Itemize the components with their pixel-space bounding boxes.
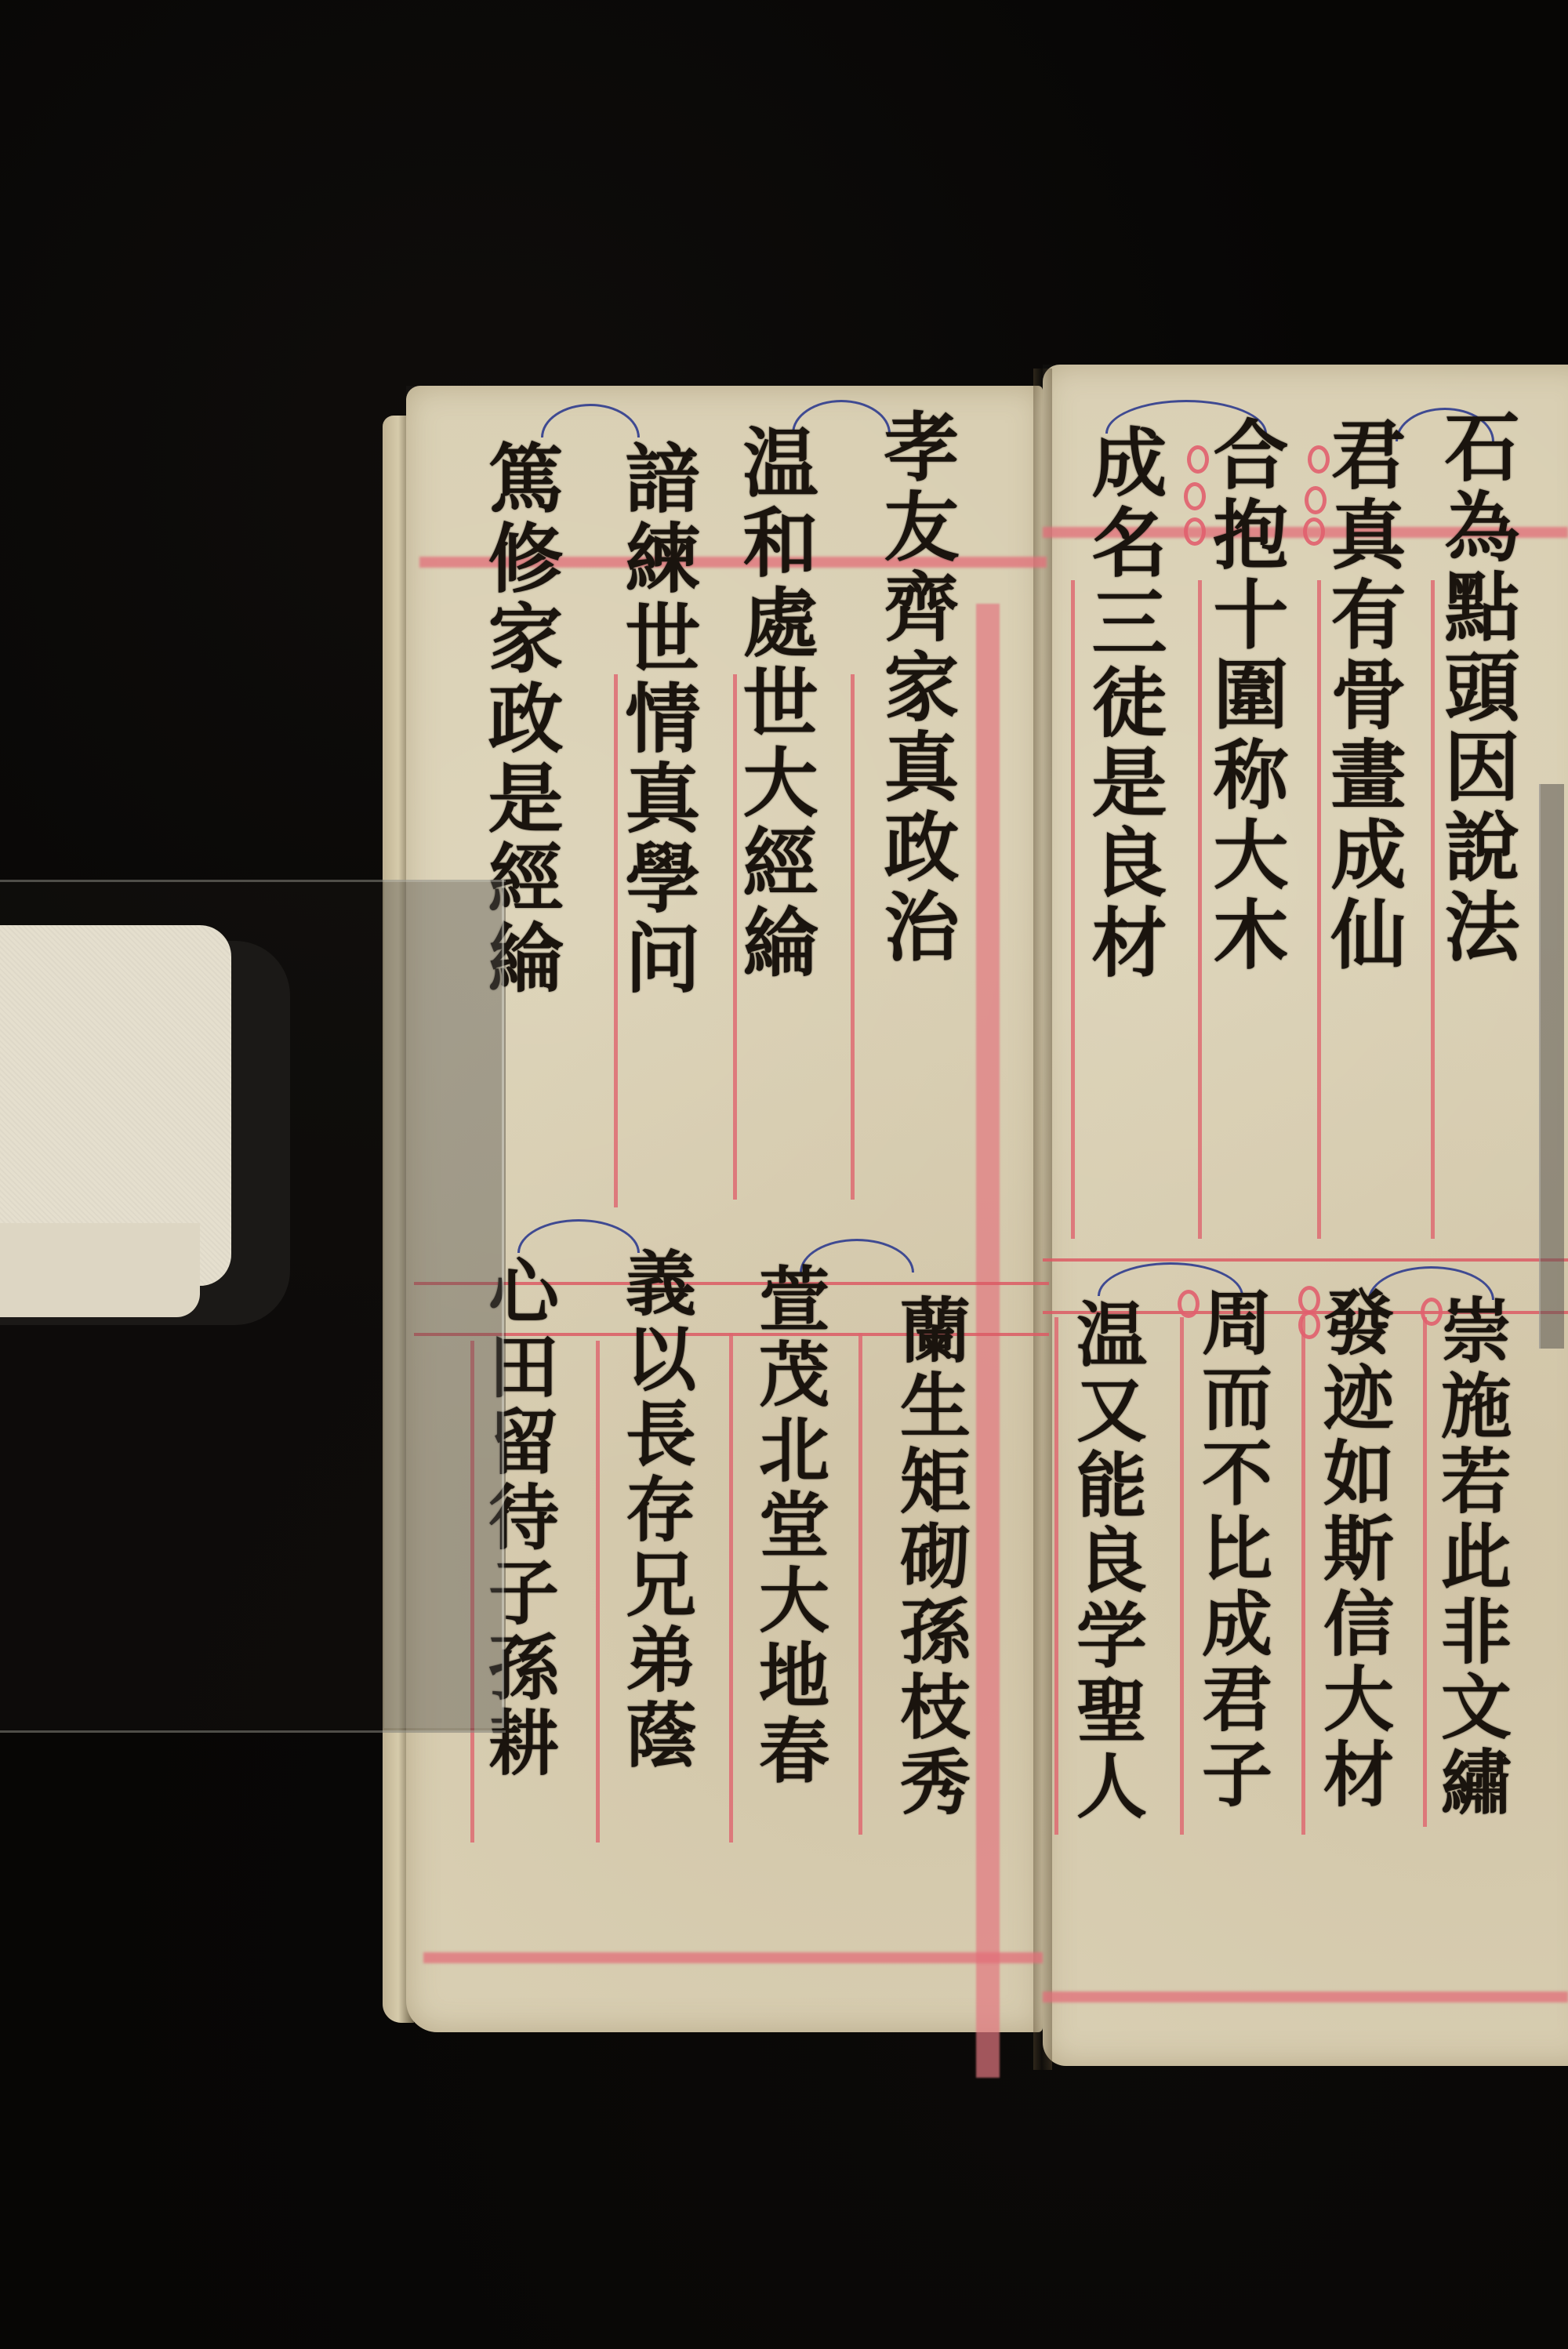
red-column-line bbox=[1054, 1317, 1058, 1835]
red-column-line bbox=[1301, 1317, 1305, 1835]
red-column-line bbox=[1071, 580, 1075, 1239]
right-upper-column-3: 合抱十圍称大木 bbox=[1207, 416, 1283, 975]
right-upper-column-2: 君真有骨畫成仙 bbox=[1325, 416, 1400, 975]
right-lower-column-4: 温又能良学聖人 bbox=[1070, 1298, 1141, 1824]
red-column-line bbox=[1423, 1317, 1427, 1827]
left-lower-column-1: 蘭生矩砌孫枝秀 bbox=[894, 1294, 964, 1821]
red-frame-right bbox=[976, 604, 1000, 2078]
red-column-line bbox=[858, 1333, 862, 1835]
strap-over-page bbox=[384, 880, 504, 1728]
red-rule-bottom bbox=[1043, 1991, 1568, 2002]
left-upper-column-2: 温和處世大經綸 bbox=[737, 423, 812, 983]
red-column-line bbox=[596, 1341, 600, 1843]
right-page-clip bbox=[1539, 784, 1564, 1349]
book-gutter bbox=[1033, 369, 1052, 2070]
right-lower-column-1: 崇施若此非文繡 bbox=[1435, 1294, 1505, 1821]
red-column-line bbox=[851, 674, 855, 1200]
right-upper-column-1: 石為點頭因說法 bbox=[1439, 408, 1514, 968]
red-rule-middle bbox=[1043, 1258, 1568, 1262]
left-upper-column-1: 孝友齊家真政治 bbox=[878, 408, 953, 968]
right-lower-column-3: 周而不比成君子 bbox=[1196, 1286, 1266, 1813]
right-upper-column-4: 成名三徒是良材 bbox=[1086, 423, 1161, 983]
left-lower-column-2: 萱茂北堂大地春 bbox=[753, 1262, 823, 1789]
red-column-line bbox=[1180, 1317, 1184, 1835]
left-lower-column-3: 義以長存兄弟蔭 bbox=[619, 1247, 690, 1774]
left-upper-column-3: 諳練世情真學问 bbox=[619, 439, 695, 999]
red-rule-bottom bbox=[423, 1952, 1043, 1963]
red-column-line bbox=[729, 1333, 733, 1843]
right-lower-column-2: 發迹如斯信大材 bbox=[1317, 1286, 1388, 1813]
fabric-cushion-lower-layer bbox=[0, 1223, 200, 1317]
